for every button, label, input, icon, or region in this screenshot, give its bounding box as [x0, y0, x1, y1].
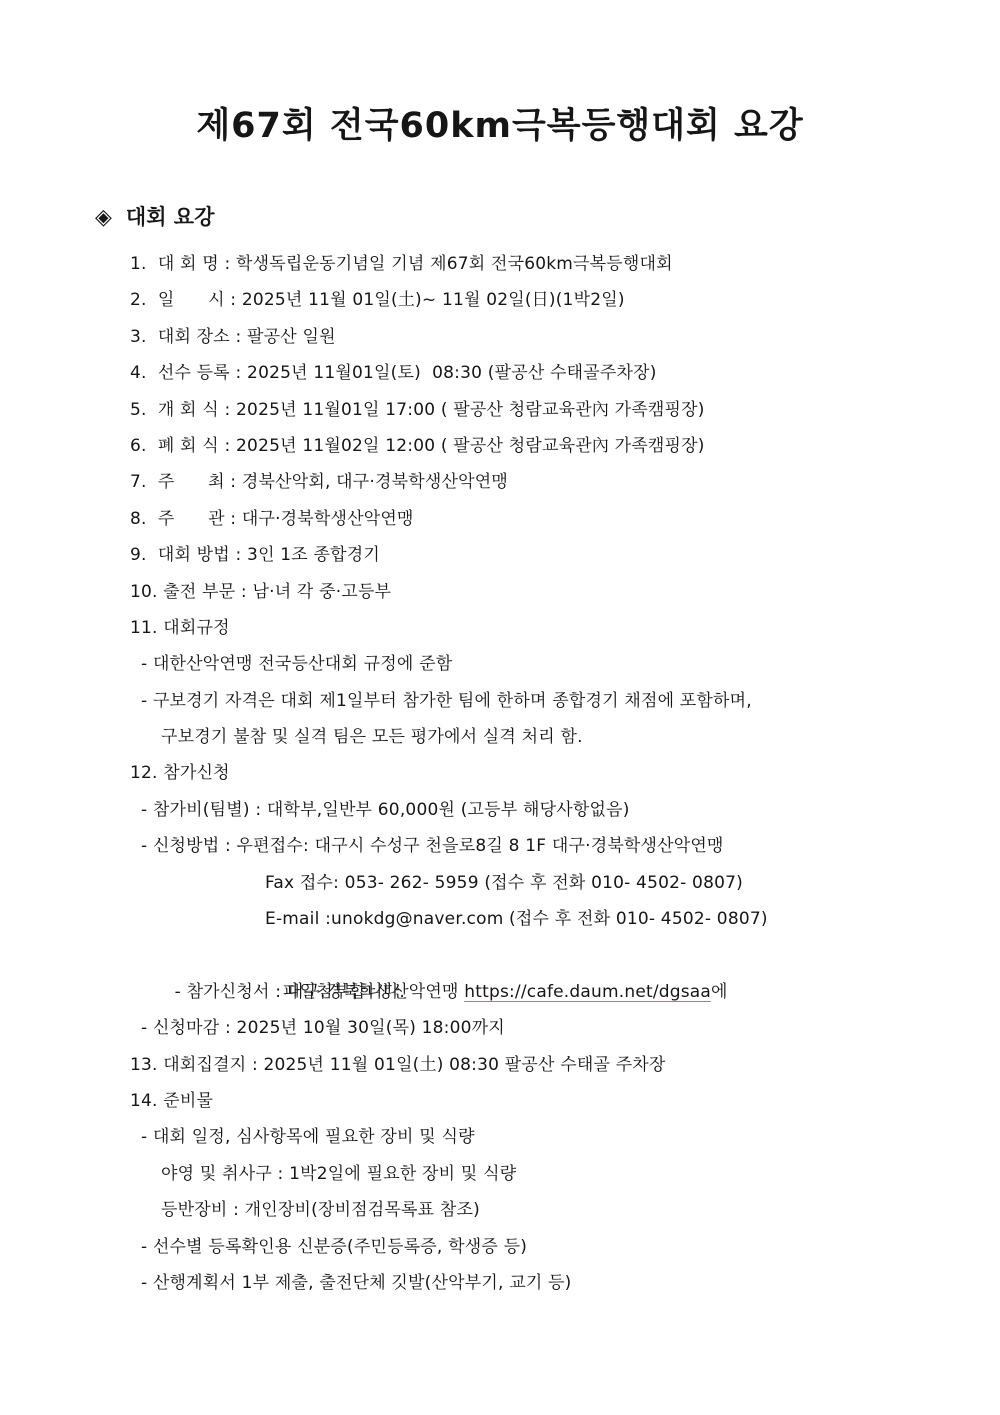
- sub-list-item: - 대한산악연맹 전국등산대회 규정에 준함: [0, 646, 1000, 682]
- list-item-5: 5. 개 회 식 : 2025년 11월01일 17:00 ( 팔공산 청람교육…: [0, 392, 1000, 428]
- list-item-8: 8. 주 관 : 대구·경북학생산악연맹: [0, 501, 1000, 537]
- section-heading-label: 대회 요강: [126, 204, 214, 231]
- daum-cafe-link[interactable]: https://cafe.daum.net/dgsaa: [464, 982, 711, 1002]
- list-item-6: 6. 폐 회 식 : 2025년 11월02일 12:00 ( 팔공산 청람교육…: [0, 428, 1000, 464]
- document-body: 1. 대 회 명 : 학생독립운동기념일 기념 제67회 전국60km극복등행대…: [0, 246, 1000, 1301]
- list-item-3: 3. 대회 장소 : 팔공산 일원: [0, 319, 1000, 355]
- continuation-line: 등반장비 : 개인장비(장비점검목록표 참조): [0, 1192, 1000, 1228]
- document-page: 제67회 전국60km극복등행대회 요강 ◈ 대회 요강 1. 대 회 명 : …: [0, 0, 1000, 1415]
- sub-list-item: - 참가비(팀별) : 대학부,일반부 60,000원 (고등부 해당사항없음): [0, 792, 1000, 828]
- sub-list-item: - 신청방법 : 우편접수: 대구시 수성구 천을로8길 8 1F 대구·경북학…: [0, 828, 1000, 864]
- sub-list-item: - 신청마감 : 2025년 10월 30일(목) 18:00까지: [0, 1010, 1000, 1046]
- application-form-suffix: 에: [711, 982, 728, 1002]
- sub-list-item: - 참가신청서 : 대구.경북학생산악연맹 https://cafe.daum.…: [0, 937, 1000, 973]
- sub-list-item: - 대회 일정, 심사항목에 필요한 장비 및 식량: [0, 1119, 1000, 1155]
- diamond-bullet-icon: ◈: [95, 207, 112, 229]
- list-item-4: 4. 선수 등록 : 2025년 11월01일(토) 08:30 (팔공산 수태…: [0, 355, 1000, 391]
- continuation-line: E-mail :unokdg@naver.com (접수 후 전화 010- 4…: [0, 901, 1000, 937]
- continuation-line: 구보경기 불참 및 실격 팀은 모든 평가에서 실격 처리 함.: [0, 719, 1000, 755]
- sub-list-item: - 산행계획서 1부 제출, 출전단체 깃발(산악부기, 교기 등): [0, 1265, 1000, 1301]
- list-item-9: 9. 대회 방법 : 3인 1조 종합경기: [0, 537, 1000, 573]
- list-item-14: 14. 준비물: [0, 1083, 1000, 1119]
- list-item-11: 11. 대회규정: [0, 610, 1000, 646]
- list-item-10: 10. 출전 부문 : 남·녀 각 중·고등부: [0, 574, 1000, 610]
- list-item-12: 12. 참가신청: [0, 755, 1000, 791]
- sub-list-item: - 선수별 등록확인용 신분증(주민등록증, 학생증 등): [0, 1229, 1000, 1265]
- document-title: 제67회 전국60km극복등행대회 요강: [0, 0, 1000, 147]
- list-item-7: 7. 주 최 : 경북산악회, 대구·경북학생산악연맹: [0, 464, 1000, 500]
- list-item-2: 2. 일 시 : 2025년 11월 01일(土)~ 11월 02일(日)(1박…: [0, 282, 1000, 318]
- sub-list-item: - 구보경기 자격은 대회 제1일부터 참가한 팀에 한하며 종합경기 채점에 …: [0, 683, 1000, 719]
- section-heading: ◈ 대회 요강: [95, 204, 1000, 231]
- list-item-13: 13. 대회집결지 : 2025년 11월 01일(土) 08:30 팔공산 수…: [0, 1047, 1000, 1083]
- continuation-line: 야영 및 취사구 : 1박2일에 필요한 장비 및 식량: [0, 1156, 1000, 1192]
- list-item-1: 1. 대 회 명 : 학생독립운동기념일 기념 제67회 전국60km극복등행대…: [0, 246, 1000, 282]
- continuation-line: Fax 접수: 053- 262- 5959 (접수 후 전화 010- 450…: [0, 865, 1000, 901]
